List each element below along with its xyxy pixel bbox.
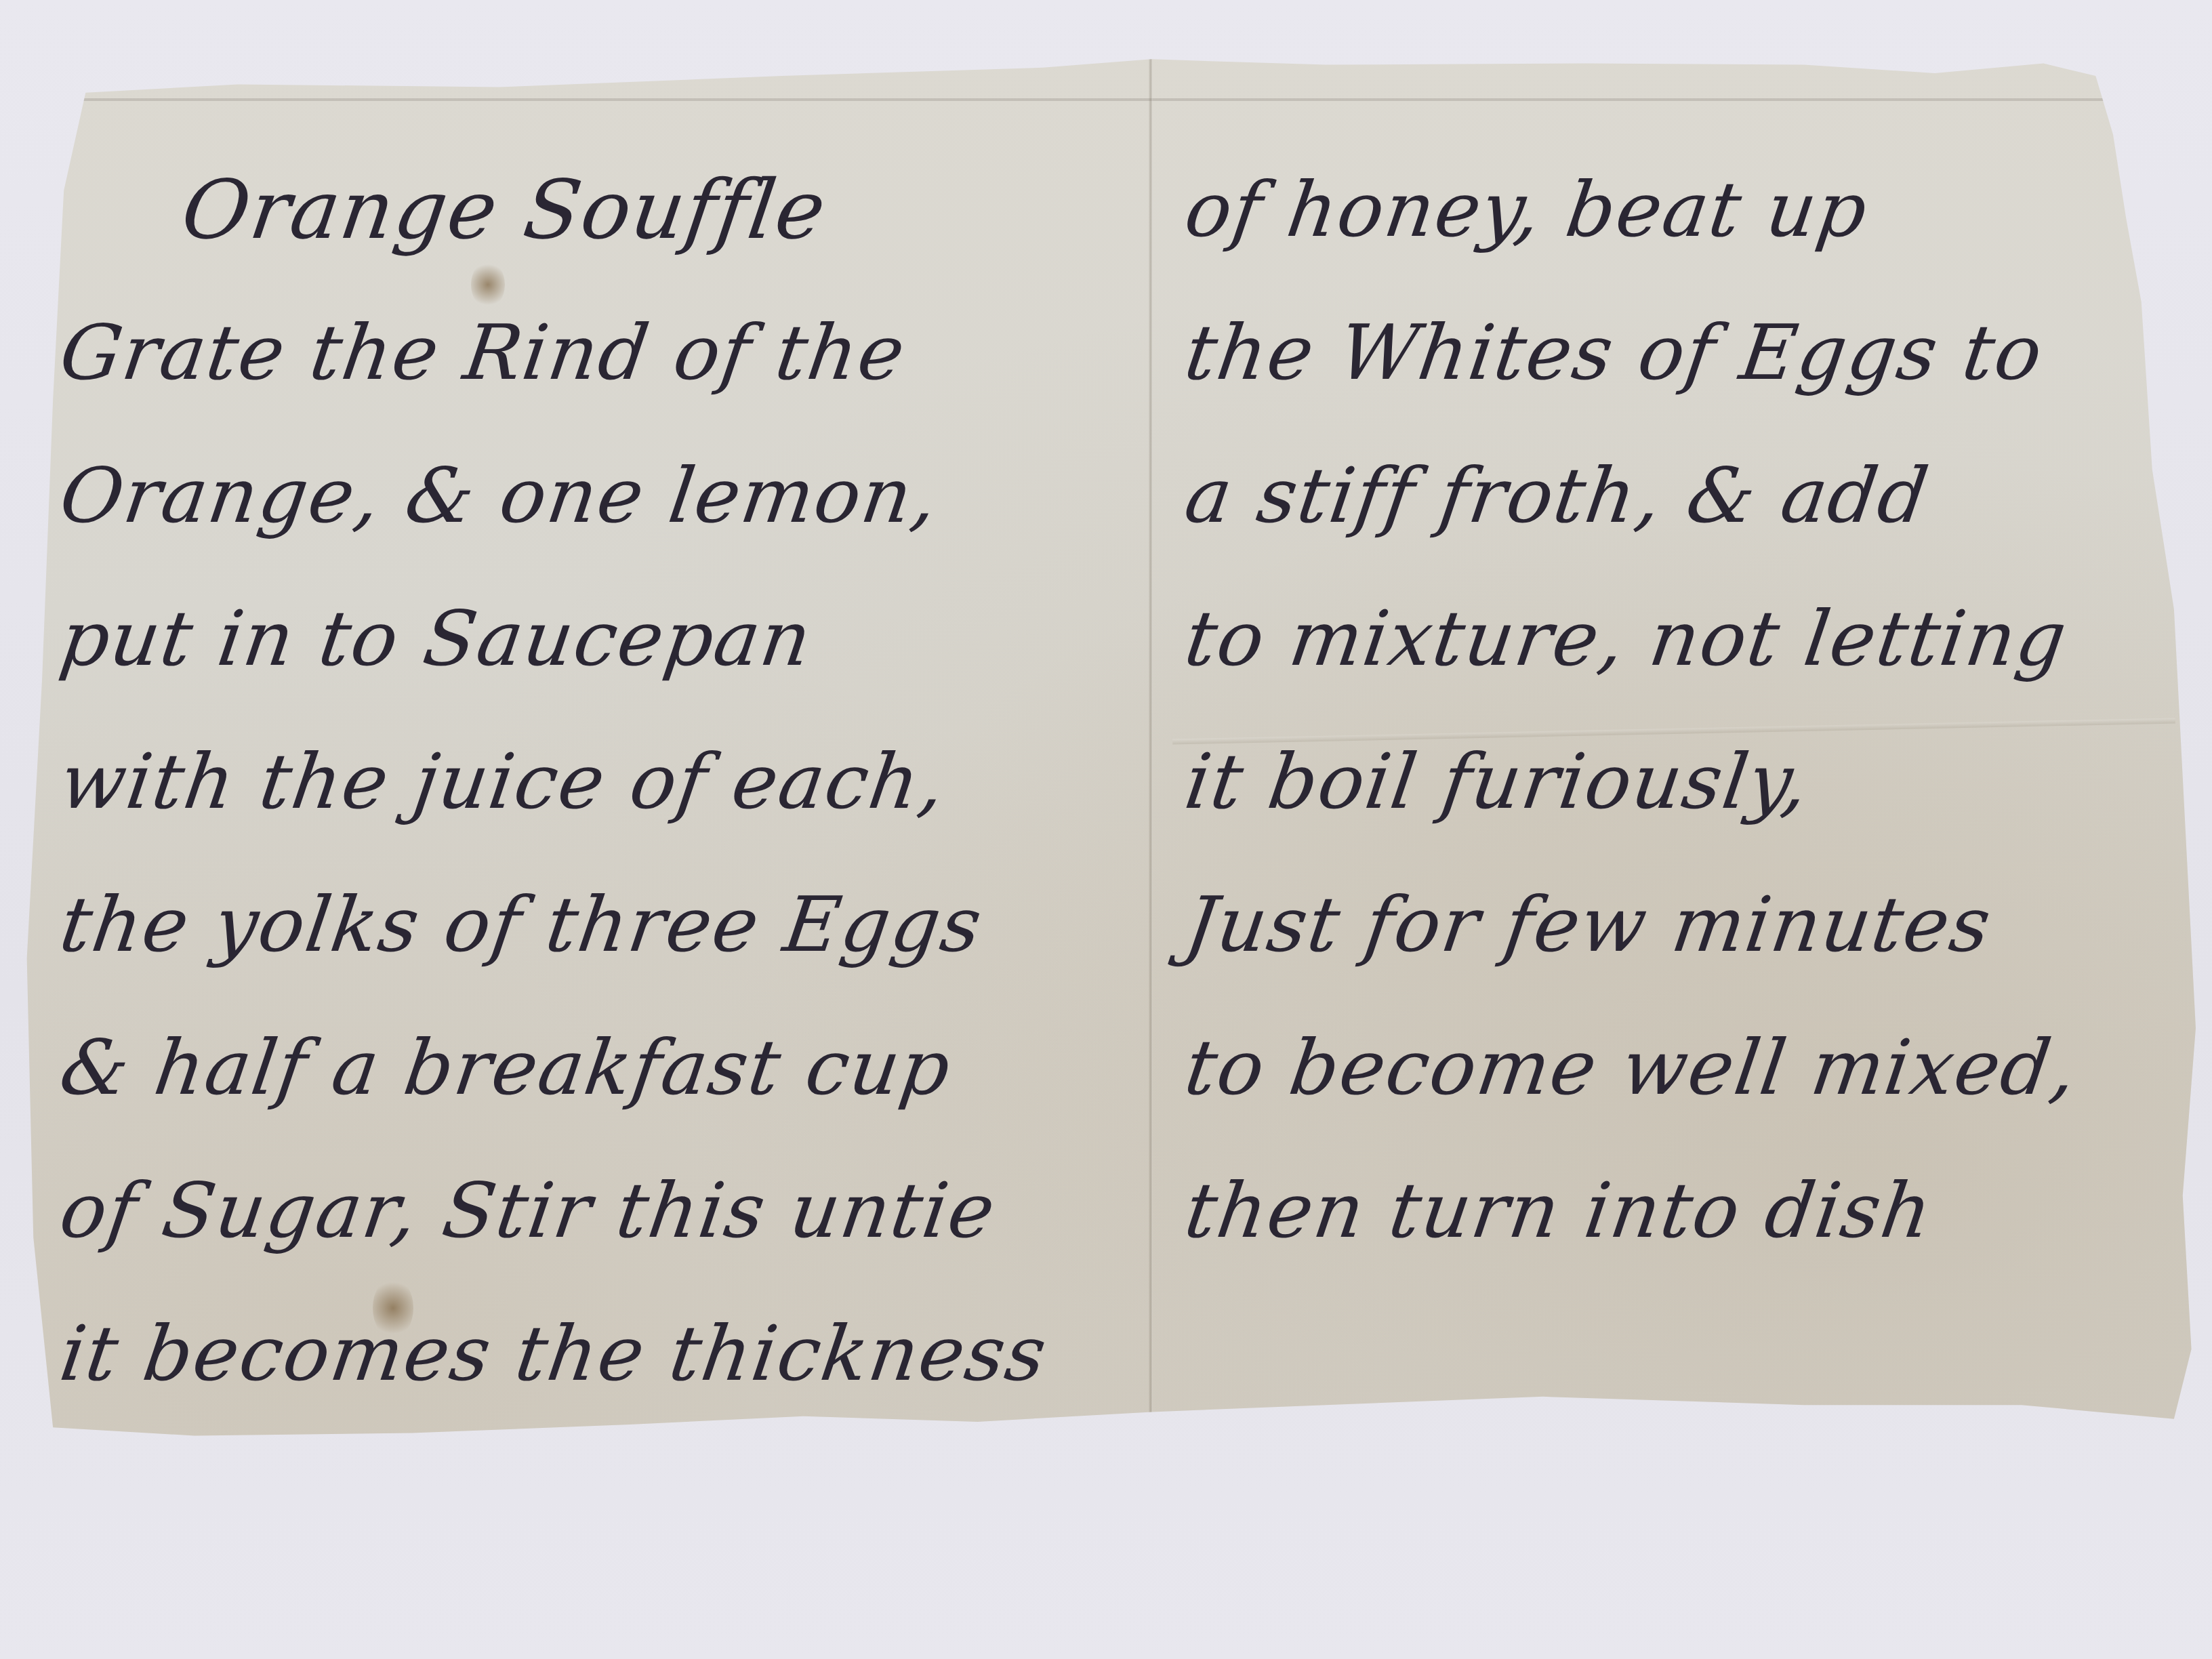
recipe-line: then turn into dish [1176, 1140, 2179, 1283]
recipe-line: Grate the Rind of the [51, 282, 1142, 425]
recipe-line: with the juice of each, [51, 711, 1142, 854]
recipe-title: Orange Souffle [51, 139, 1142, 282]
paper-center-fold [1149, 51, 1153, 1447]
recipe-line: it becomes the thickness [51, 1283, 1142, 1426]
recipe-line: of honey, beat up [1176, 139, 2179, 282]
recipe-line: to mixture, not letting [1176, 568, 2179, 711]
recipe-line: the yolks of three Eggs [51, 854, 1142, 997]
recipe-line: of Sugar, Stir this untie [51, 1140, 1142, 1283]
recipe-paper: Orange Souffle Grate the Rind of the Ora… [20, 51, 2196, 1447]
left-column: Orange Souffle Grate the Rind of the Ora… [61, 139, 1132, 1426]
recipe-line: & half a breakfast cup [51, 997, 1142, 1140]
recipe-line: put in to Saucepan [51, 568, 1142, 711]
right-column: of honey, beat up the Whites of Eggs to … [1186, 139, 2169, 1283]
recipe-line: Orange, & one lemon, [51, 425, 1142, 568]
recipe-line: Just for few minutes [1176, 854, 2179, 997]
recipe-line: to become well mixed, [1176, 997, 2179, 1140]
recipe-line: the Whites of Eggs to [1176, 282, 2179, 425]
recipe-line: it boil furiously, [1176, 711, 2179, 854]
paper-top-rule [68, 98, 2135, 101]
recipe-line: a stiff froth, & add [1176, 425, 2179, 568]
